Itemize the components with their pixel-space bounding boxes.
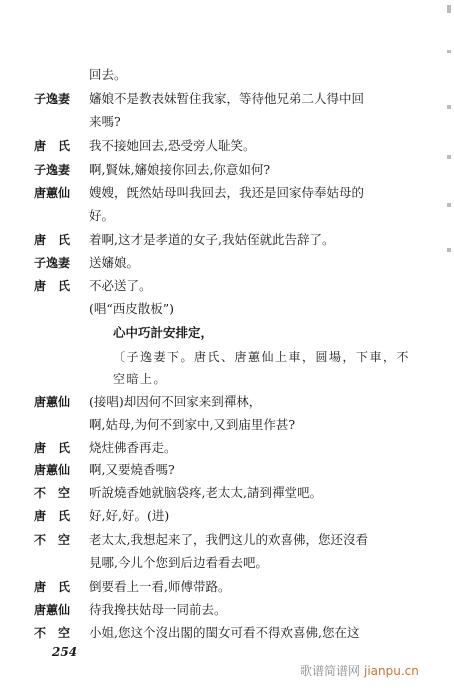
script-line: 唐 氏 着啊,这才是孝道的女子,我姑侄就此告辞了。 (0, 229, 454, 251)
script-line: 唐 氏 倒要看上一看,师傅带路。 (0, 576, 454, 598)
speaker-name: 不 空 (34, 482, 78, 504)
speaker-name: 子逸妻 (34, 252, 78, 274)
script-line: 空暗上。 (0, 368, 454, 390)
speaker-name: 唐 氏 (34, 229, 78, 251)
speaker-name: 子逸妻 (34, 88, 78, 110)
script-line: 啊,姑母,为何不到家中,又到庙里作甚? (0, 414, 454, 436)
speaker-name: 唐蕙仙 (34, 182, 78, 204)
speaker-name: 唐 氏 (34, 275, 78, 297)
script-line: 見哪,今儿个您到后边看看去吧。 (0, 552, 454, 574)
script-line: 唐 氏 烧炷佛香再走。 (0, 437, 454, 459)
script-line: 心中巧計安排定， (0, 322, 454, 344)
watermark: 歌谱简谱网jianpu.cn (300, 662, 419, 679)
page-edge-mark (447, 5, 451, 13)
script-line: 唐蕙仙 (接唱)却因何不回家来到禪林， (0, 391, 454, 413)
dialogue-text: 老太太,我想起来了，我們这儿的欢喜佛，您还沒看 (89, 529, 368, 551)
script-line: 唐 氏 好,好,好。(进) (0, 505, 454, 527)
dialogue-text: 啊,姑母,为何不到家中,又到庙里作甚? (89, 414, 295, 436)
dialogue-text: 送嬸娘。 (89, 252, 139, 274)
script-line: (唱“西皮散板”) (0, 298, 454, 320)
dialogue-text: 听說燒香她就脑袋疼,老太太,請到禪堂吧。 (89, 482, 322, 504)
script-line: 〔子逸妻下。唐氏、唐蕙仙上車，圆場，下車，不 (0, 346, 454, 368)
speaker-name: 唐蕙仙 (34, 459, 78, 481)
page-number: 254 (52, 645, 77, 659)
script-line: 好。 (0, 205, 454, 227)
speaker-name: 子逸妻 (34, 159, 78, 181)
dialogue-text: 嫂嫂，旣然姑母叫我回去，我还是回家侍奉姑母的 (89, 182, 364, 204)
page-edge-mark (447, 155, 451, 159)
speaker-name: 唐 氏 (34, 576, 78, 598)
speaker-name: 不 空 (34, 622, 78, 644)
dialogue-text: 小姐,您这个沒出閣的閨女可看不得欢喜佛,您在这 (89, 622, 359, 644)
watermark-domain: jianpu.cn (364, 664, 419, 678)
dialogue-text: 待我搀扶姑母一同前去。 (89, 599, 227, 621)
script-line: 不 空 听說燒香她就脑袋疼,老太太,請到禪堂吧。 (0, 482, 454, 504)
script-line: 子逸妻 啊,賢妹,嬸娘接你回去,你意如何? (0, 159, 454, 181)
speaker-name: 唐 氏 (34, 437, 78, 459)
page-edge-mark (447, 248, 451, 252)
dialogue-text: 啊,賢妹,嬸娘接你回去,你意如何? (89, 159, 270, 181)
watermark-site-name: 歌谱简谱网 (300, 664, 360, 678)
script-line: 唐 氏 不必送了。 (0, 275, 454, 297)
dialogue-text: 好。 (89, 205, 114, 227)
script-line: 唐蕙仙 啊,又要燒香嗎? (0, 459, 454, 481)
script-line: 唐蕙仙 待我搀扶姑母一同前去。 (0, 599, 454, 621)
dialogue-text: 烧炷佛香再走。 (89, 437, 177, 459)
page-edge-mark (447, 105, 451, 109)
book-page: 回去。 子逸妻 嬸娘不是教表妹暂住我家，等待他兄弟二人得中回 来嗎? 唐 氏 我… (0, 0, 454, 690)
speaker-name: 唐 氏 (34, 505, 78, 527)
dialogue-text: 着啊,这才是孝道的女子,我姑侄就此告辞了。 (89, 229, 334, 251)
dialogue-text: 好,好,好。(进) (89, 505, 169, 527)
dialogue-text: 不必送了。 (89, 275, 152, 297)
script-line: 回去。 (0, 64, 454, 86)
dialogue-text: 来嗎? (89, 111, 121, 133)
speaker-name: 唐蕙仙 (34, 391, 78, 413)
singing-cue: (唱“西皮散板”) (89, 298, 174, 320)
dialogue-text: 倒要看上一看,师傅带路。 (89, 576, 230, 598)
speaker-name: 唐 氏 (34, 135, 78, 157)
script-line: 不 空 小姐,您这个沒出閣的閨女可看不得欢喜佛,您在这 (0, 622, 454, 644)
script-line: 唐 氏 我不接她回去,恐受旁人耻笑。 (0, 135, 454, 157)
page-edge-mark (447, 203, 451, 207)
speaker-name: 不 空 (34, 529, 78, 551)
script-line: 子逸妻 嬸娘不是教表妹暂住我家，等待他兄弟二人得中回 (0, 88, 454, 110)
script-line: 来嗎? (0, 111, 454, 133)
sung-lyric: 心中巧計安排定， (113, 322, 213, 344)
script-line: 不 空 老太太,我想起来了，我們这儿的欢喜佛，您还沒看 (0, 529, 454, 551)
stage-direction: 〔子逸妻下。唐氏、唐蕙仙上車，圆場，下車，不 (113, 346, 410, 368)
page-edge-mark (447, 50, 451, 53)
dialogue-text: (接唱)却因何不回家来到禪林， (89, 391, 261, 413)
dialogue-text: 回去。 (89, 64, 127, 86)
speaker-name: 唐蕙仙 (34, 599, 78, 621)
dialogue-text: 嬸娘不是教表妹暂住我家，等待他兄弟二人得中回 (89, 88, 364, 110)
dialogue-text: 啊,又要燒香嗎? (89, 459, 175, 481)
stage-direction: 空暗上。 (113, 368, 167, 390)
script-line: 唐蕙仙 嫂嫂，旣然姑母叫我回去，我还是回家侍奉姑母的 (0, 182, 454, 204)
dialogue-text: 我不接她回去,恐受旁人耻笑。 (89, 135, 255, 157)
script-line: 子逸妻 送嬸娘。 (0, 252, 454, 274)
dialogue-text: 見哪,今儿个您到后边看看去吧。 (89, 552, 268, 574)
